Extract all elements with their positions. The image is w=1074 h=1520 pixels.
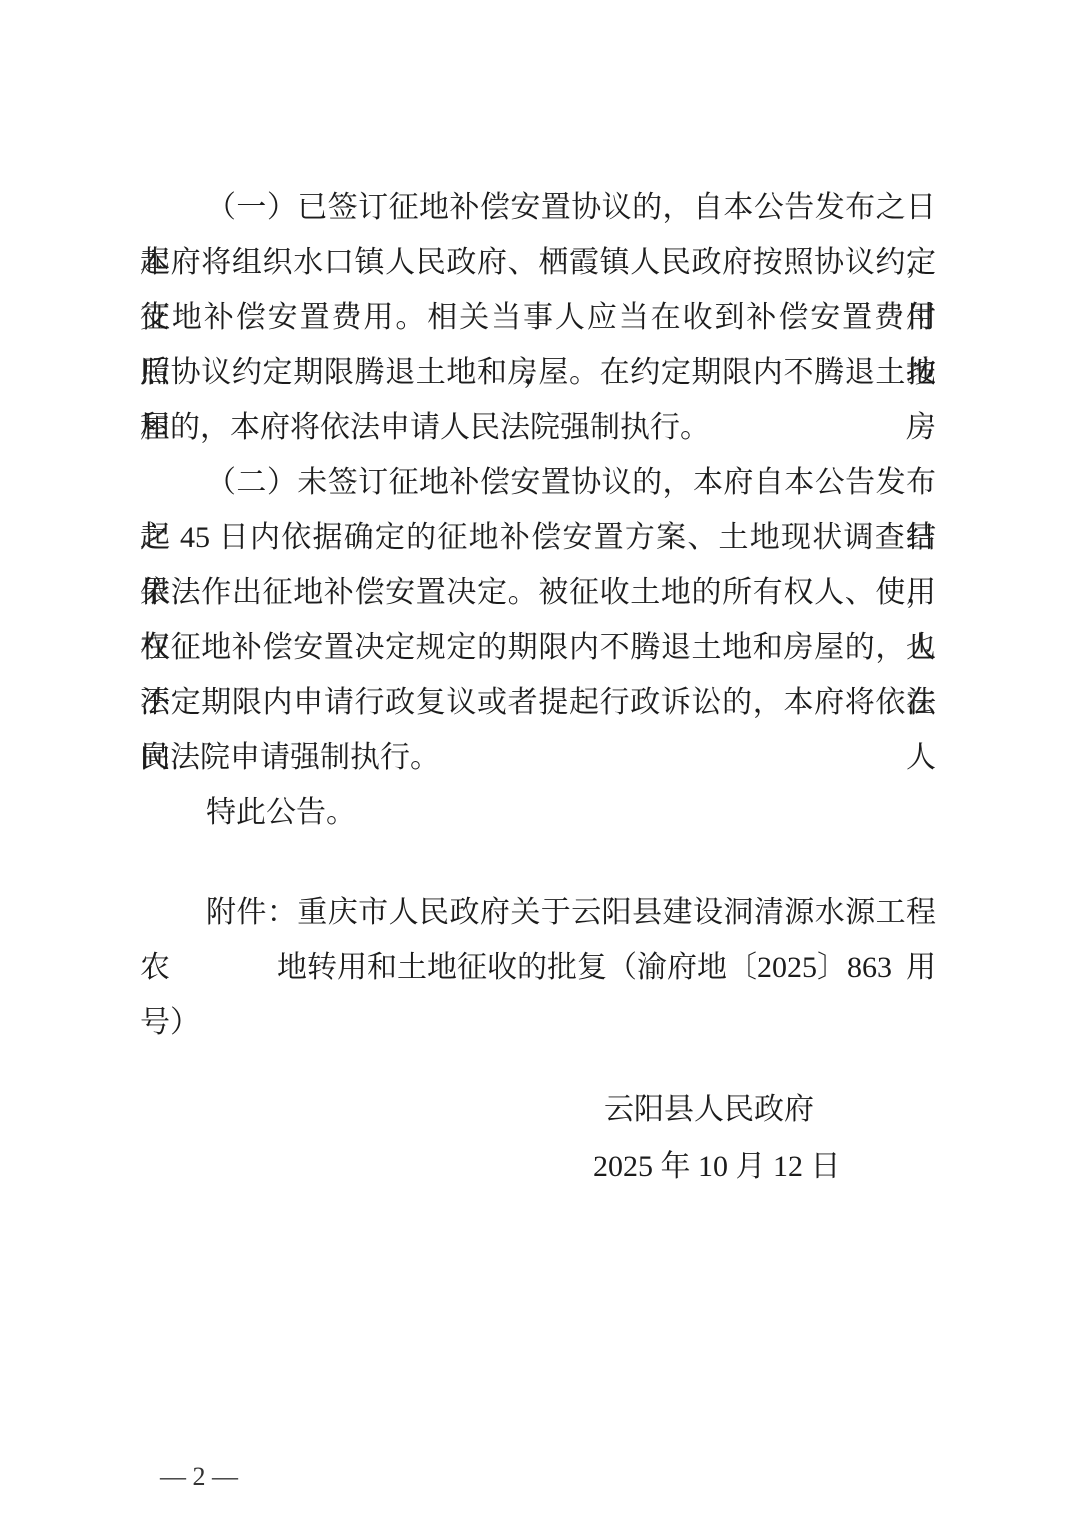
body-line: 本府将组织水口镇人民政府、栖霞镇人民政府按照协议约定支付	[140, 235, 936, 290]
body-line: 照协议约定期限腾退土地和房屋。在约定期限内不腾退土地和房	[140, 345, 936, 400]
document-page: （一）已签订征地补偿安置协议的，自本公告发布之日起， 本府将组织水口镇人民政府、…	[0, 0, 1074, 1520]
signature-date: 2025 年 10 月 12 日	[593, 1152, 841, 1182]
attachment-line-1: 附件：重庆市人民政府关于云阳县建设洞清源水源工程农用	[140, 885, 936, 940]
body-line: 起 45 日内依据确定的征地补偿安置方案、土地现状调查结果，	[140, 510, 936, 565]
signature-issuer: 云阳县人民政府	[604, 1095, 814, 1125]
body-line: 在征地补偿安置决定规定的期限内不腾退土地和房屋的，也不在	[140, 620, 936, 675]
body-line: 依法作出征地补偿安置决定。被征收土地的所有权人、使用权人	[140, 565, 936, 620]
body-line: （二）未签订征地补偿安置协议的，本府自本公告发布之日	[140, 455, 936, 510]
body-line: 法定期限内申请行政复议或者提起行政诉讼的，本府将依法向人	[140, 675, 936, 730]
vertical-spacer	[140, 840, 936, 885]
body-line: （一）已签订征地补偿安置协议的，自本公告发布之日起，	[140, 180, 936, 235]
page-number: — 2 —	[160, 1462, 238, 1492]
closing-line: 特此公告。	[140, 785, 936, 840]
document-body: （一）已签订征地补偿安置协议的，自本公告发布之日起， 本府将组织水口镇人民政府、…	[140, 180, 936, 995]
body-line: 征地补偿安置费用。相关当事人应当在收到补偿安置费用后，按	[140, 290, 936, 345]
